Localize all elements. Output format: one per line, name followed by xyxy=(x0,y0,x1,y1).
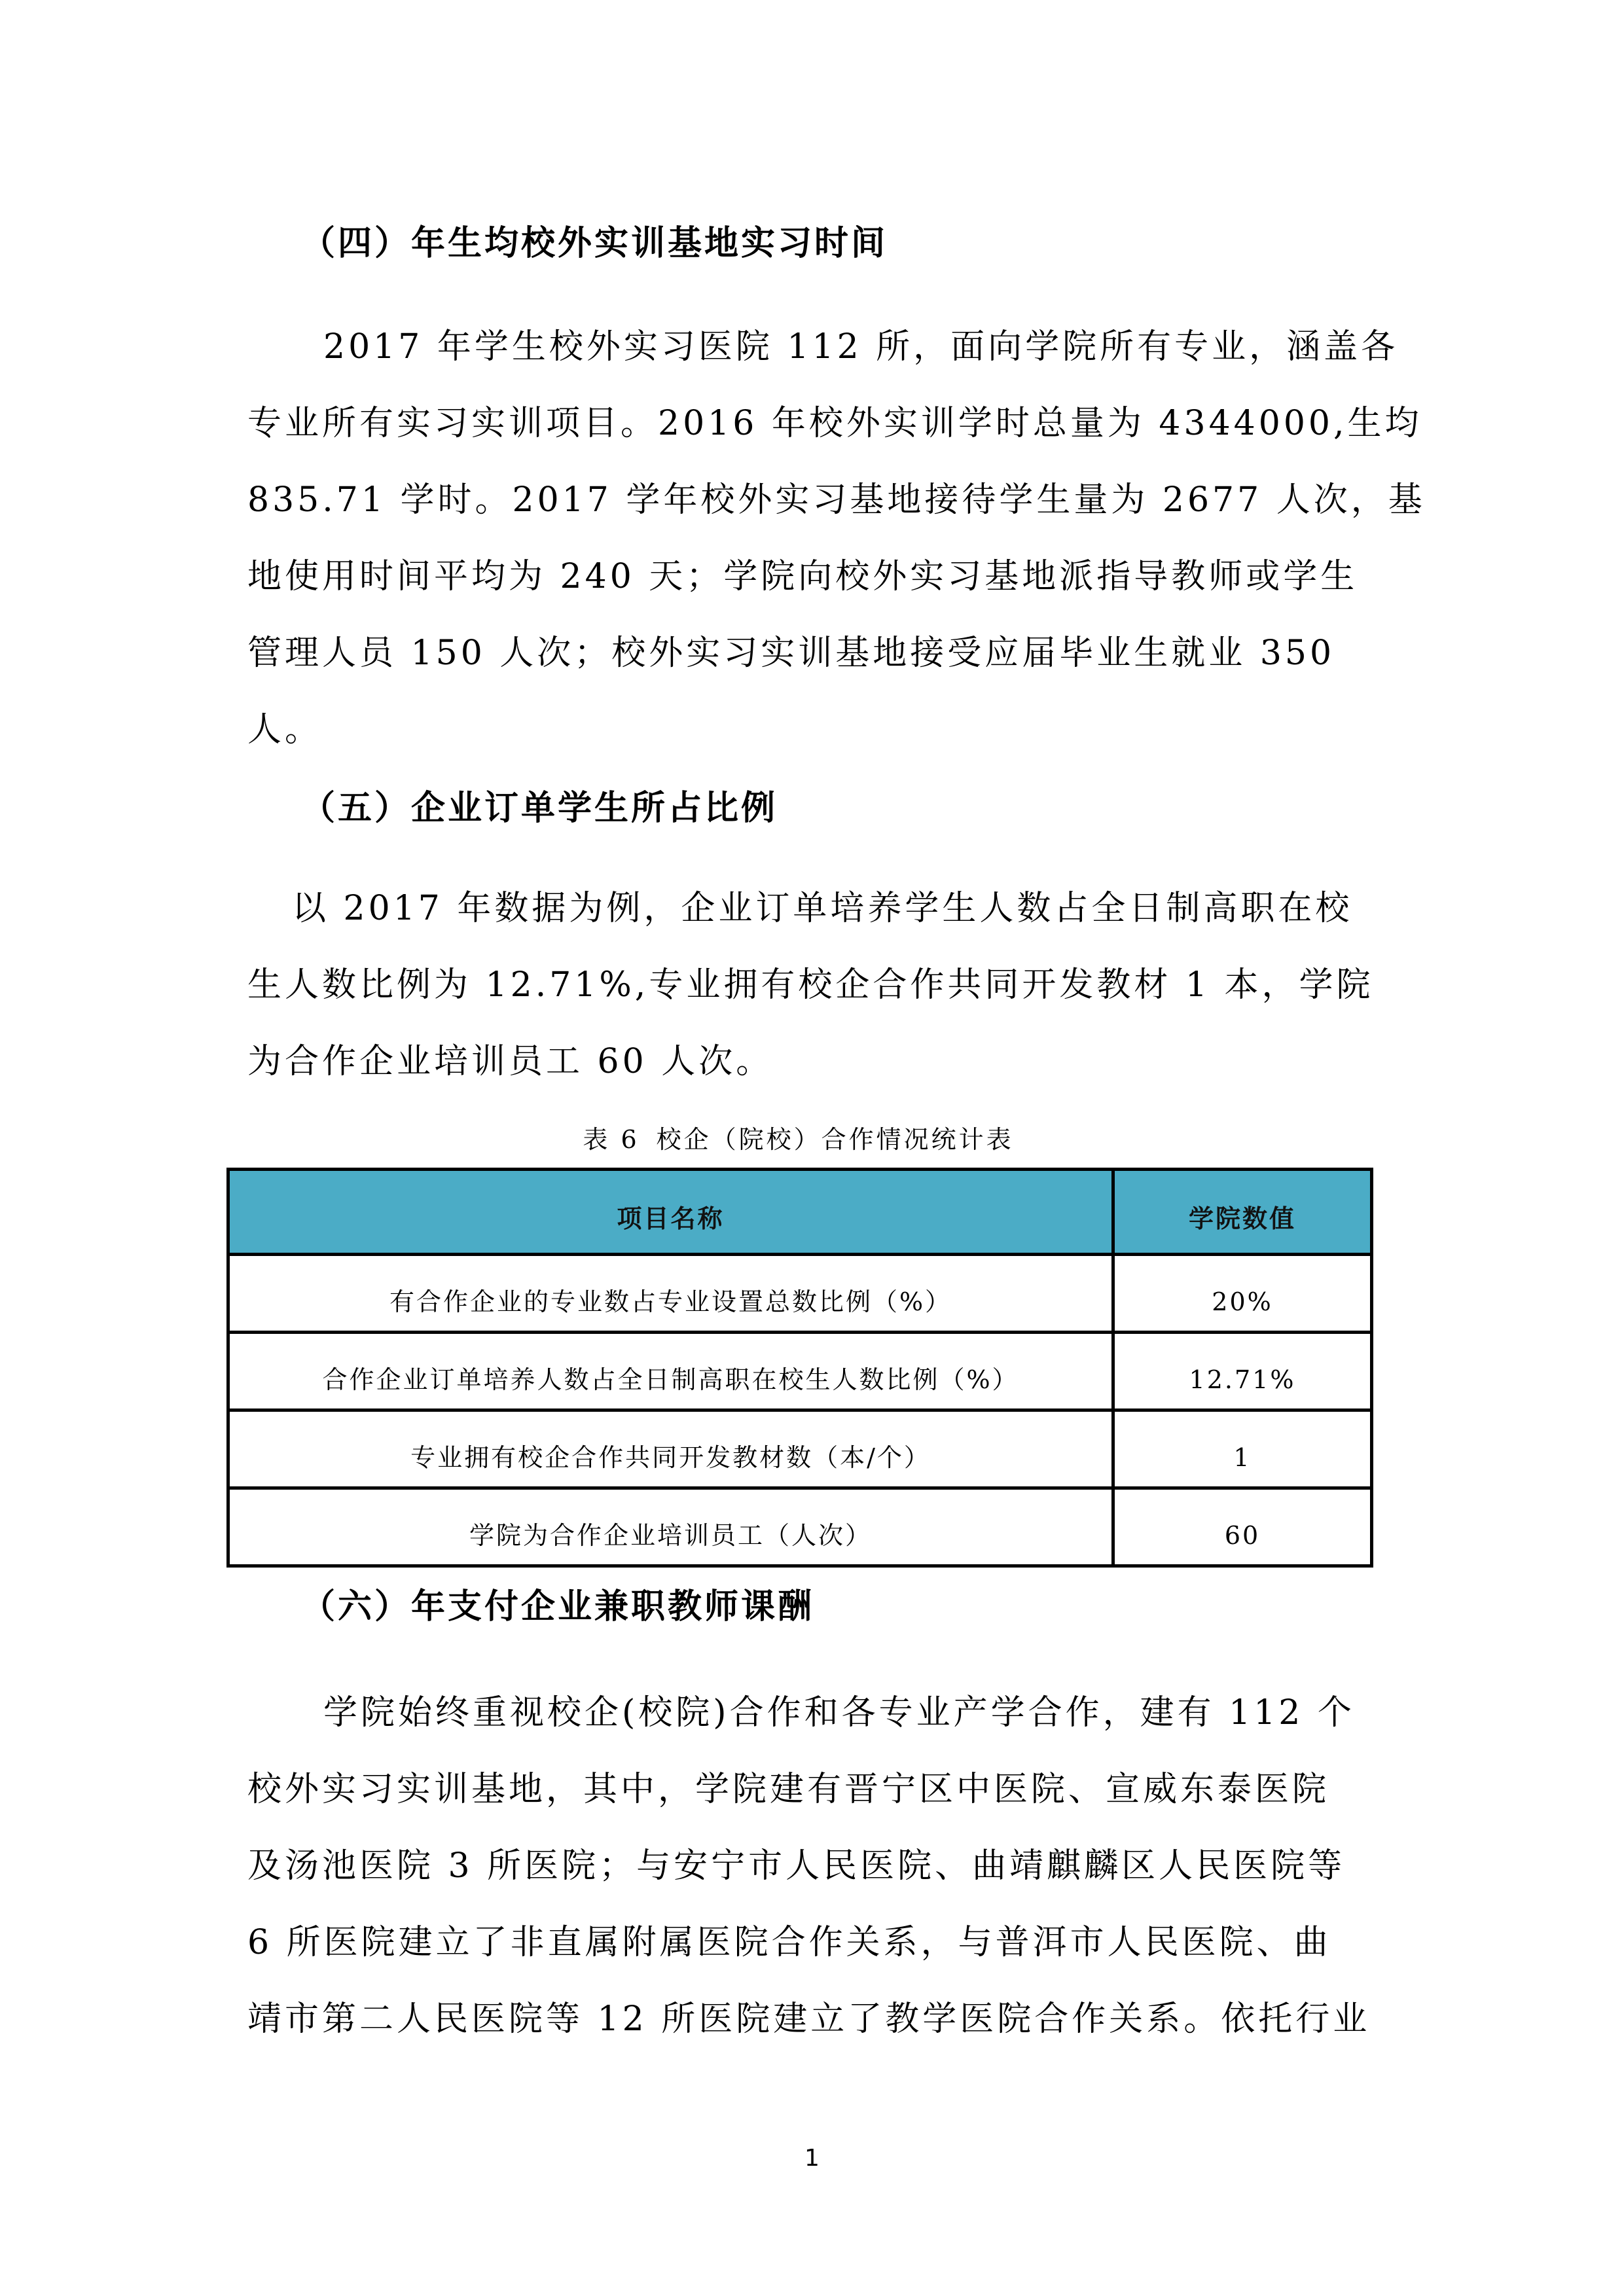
table-row: 专业拥有校企合作共同开发教材数（本/个） 1 xyxy=(228,1410,1372,1488)
paragraph-line: 专业所有实习实训项目。2016 年校外实训学时总量为 4344000,生均 xyxy=(247,386,1369,462)
table-row: 合作企业订单培养人数占全日制高职在校生人数比例（%） 12.71% xyxy=(228,1333,1372,1410)
document-page: （四）年生均校外实训基地实习时间 2017 年学生校外实习医院 112 所，面向… xyxy=(0,0,1624,2296)
table-cell-item: 学院为合作企业培训员工（人次） xyxy=(228,1488,1113,1566)
paragraph-line: 学院始终重视校企(校院)合作和各专业产学合作，建有 112 个 xyxy=(247,1675,1369,1751)
paragraph-line: 地使用时间平均为 240 天；学院向校外实习基地派指导教师或学生 xyxy=(247,539,1369,615)
table-cell-value: 20% xyxy=(1113,1255,1372,1333)
table-row: 学院为合作企业培训员工（人次） 60 xyxy=(228,1488,1372,1566)
table-cell-value: 1 xyxy=(1113,1410,1372,1488)
section-heading-4: （四）年生均校外实训基地实习时间 xyxy=(301,206,888,282)
paragraph-line: 为合作企业培训员工 60 人次。 xyxy=(247,1024,1369,1100)
table-cell-value: 12.71% xyxy=(1113,1333,1372,1410)
section-4-paragraph: 2017 年学生校外实习医院 112 所，面向学院所有专业，涵盖各 专业所有实习… xyxy=(247,309,1369,768)
paragraph-line: 及汤池医院 3 所医院；与安宁市人民医院、曲靖麒麟区人民医院等 xyxy=(247,1828,1369,1905)
section-5-paragraph: 以 2017 年数据为例，企业订单培养学生人数占全日制高职在校 生人数比例为 1… xyxy=(247,870,1369,1100)
paragraph-line: 管理人员 150 人次；校外实习实训基地接受应届毕业生就业 350 xyxy=(247,615,1369,692)
cooperation-stats-table: 项目名称 学院数值 有合作企业的专业数占专业设置总数比例（%） 20% 合作企业… xyxy=(226,1168,1373,1568)
column-header-college-value: 学院数值 xyxy=(1113,1170,1372,1255)
table-caption: 表 6校企（院校）合作情况统计表 xyxy=(226,1117,1370,1162)
paragraph-line: 6 所医院建立了非直属附属医院合作关系，与普洱市人民医院、曲 xyxy=(247,1905,1369,1981)
table-caption-title: 校企（院校）合作情况统计表 xyxy=(657,1125,1014,1154)
table-row: 有合作企业的专业数占专业设置总数比例（%） 20% xyxy=(228,1255,1372,1333)
table-cell-item: 专业拥有校企合作共同开发教材数（本/个） xyxy=(228,1410,1113,1488)
paragraph-line: 靖市第二人民医院等 12 所医院建立了教学医院合作关系。依托行业 xyxy=(247,1981,1369,2058)
table-cell-item: 合作企业订单培养人数占全日制高职在校生人数比例（%） xyxy=(228,1333,1113,1410)
page-number: 1 xyxy=(0,2140,1624,2177)
table-header-row: 项目名称 学院数值 xyxy=(228,1170,1372,1255)
table-caption-number: 表 6 xyxy=(583,1125,639,1154)
paragraph-line: 人。 xyxy=(247,692,1369,768)
paragraph-line: 生人数比例为 12.71%,专业拥有校企合作共同开发教材 1 本，学院 xyxy=(247,947,1369,1024)
table-cell-item: 有合作企业的专业数占专业设置总数比例（%） xyxy=(228,1255,1113,1333)
section-heading-5: （五）企业订单学生所占比例 xyxy=(301,770,778,847)
section-heading-6: （六）年支付企业兼职教师课酬 xyxy=(301,1569,814,1645)
column-header-item-name: 项目名称 xyxy=(228,1170,1113,1255)
paragraph-line: 校外实习实训基地，其中，学院建有晋宁区中医院、宣威东泰医院 xyxy=(247,1751,1369,1828)
table-cell-value: 60 xyxy=(1113,1488,1372,1566)
paragraph-line: 以 2017 年数据为例，企业订单培养学生人数占全日制高职在校 xyxy=(247,870,1369,947)
paragraph-line: 835.71 学时。2017 学年校外实习基地接待学生量为 2677 人次，基 xyxy=(247,462,1369,539)
section-6-paragraph: 学院始终重视校企(校院)合作和各专业产学合作，建有 112 个 校外实习实训基地… xyxy=(247,1675,1369,2058)
paragraph-line: 2017 年学生校外实习医院 112 所，面向学院所有专业，涵盖各 xyxy=(247,309,1369,386)
